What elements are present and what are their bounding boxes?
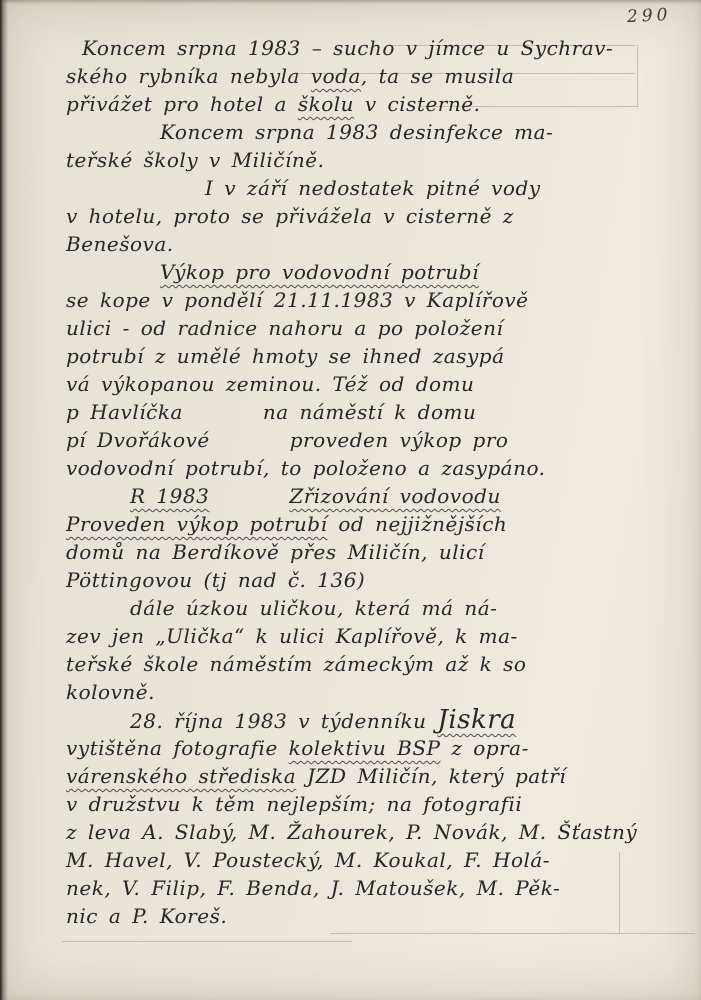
manuscript-line: Proveden výkop potrubí od nejjižnějších — [66, 510, 677, 538]
manuscript-line: várenského střediska JZD Miličín, který … — [66, 762, 677, 790]
manuscript-line: kolovně. — [66, 678, 677, 706]
handwritten-text: v družstvu k těm nejlepším; na fotografi… — [66, 792, 522, 816]
handwritten-text: kolovně. — [66, 680, 155, 704]
scan-artifact-line — [330, 933, 695, 934]
manuscript: Koncem srpna 1983 – sucho v jímce u Sych… — [66, 34, 677, 930]
handwritten-text: teřské škole náměstím zámeckým až k so — [66, 652, 526, 676]
handwritten-text: potrubí z umělé hmoty se ihned zasypá — [66, 344, 505, 368]
handwritten-text: I v září nedostatek pitné vody — [205, 176, 541, 200]
handwritten-text: přivážet pro hotel a — [66, 92, 298, 116]
handwritten-text: v hotelu, proto se přivážela v cisterně … — [66, 204, 514, 228]
manuscript-line: Výkop pro vodovodní potrubí — [160, 258, 677, 286]
scan-edge-shadow-top — [0, 0, 701, 4]
handwritten-text: Koncem srpna 1983 – sucho v jímce u Sych… — [82, 36, 613, 60]
underlined-handwritten-text: kolektivu BSP — [289, 736, 441, 760]
scan-artifact-line — [62, 941, 352, 942]
handwritten-text: teřské školy v Miličíně. — [66, 148, 324, 172]
handwritten-text: 28. října 1983 v týdenníku — [130, 709, 437, 733]
handwritten-text: JZD Miličín, který patří — [296, 764, 566, 788]
manuscript-line: 28. října 1983 v týdenníku Jiskra — [130, 706, 677, 734]
manuscript-line: vodovodní potrubí, to položeno a zasypán… — [66, 454, 677, 482]
handwritten-text: proveden výkop pro — [290, 428, 509, 452]
handwritten-text: vodovodní potrubí, to položeno a zasypán… — [66, 456, 546, 480]
handwritten-text: zev jen „Ulička“ k ulici Kaplířově, k ma… — [66, 624, 518, 648]
manuscript-line: dále úzkou uličkou, která má ná- — [130, 594, 677, 622]
manuscript-line: domů na Berdíkově přes Miličín, ulicí — [66, 538, 677, 566]
manuscript-line: R 1983Zřizování vodovodu — [130, 482, 677, 510]
manuscript-line: teřské škole náměstím zámeckým až k so — [66, 650, 677, 678]
manuscript-line: Koncem srpna 1983 desinfekce ma- — [160, 118, 677, 146]
manuscript-line: zev jen „Ulička“ k ulici Kaplířově, k ma… — [66, 622, 677, 650]
manuscript-line: přivážet pro hotel a školu v cisterně. — [66, 90, 677, 118]
handwritten-text: dále úzkou uličkou, která má ná- — [130, 596, 497, 620]
scan-edge-shadow — [0, 0, 8, 1000]
underlined-handwritten-text: školu — [298, 92, 354, 116]
handwritten-text: ského rybníka nebyla — [66, 64, 311, 88]
underlined-handwritten-text: Proveden výkop potrubí — [66, 512, 328, 536]
manuscript-line: nic a P. Koreš. — [66, 902, 677, 930]
manuscript-line: ského rybníka nebyla voda, ta se musila — [66, 62, 677, 90]
handwritten-text: Benešova. — [66, 232, 174, 256]
underlined-handwritten-text: voda — [311, 64, 361, 88]
page-number: 290 — [626, 5, 671, 27]
manuscript-line: vytištěna fotografie kolektivu BSP z opr… — [66, 734, 677, 762]
manuscript-line: pí Dvořákovéproveden výkop pro — [66, 426, 677, 454]
handwritten-text: vá výkopanou zeminou. Též od domu — [66, 372, 474, 396]
underlined-handwritten-text: várenského střediska — [66, 764, 296, 788]
underlined-handwritten-text: R 1983 — [130, 484, 209, 508]
manuscript-line: se kope v pondělí 21.11.1983 v Kaplířově — [66, 286, 677, 314]
handwritten-text: z leva A. Slabý, M. Žahourek, P. Novák, … — [66, 820, 637, 844]
manuscript-line: z leva A. Slabý, M. Žahourek, P. Novák, … — [66, 818, 677, 846]
handwritten-text: Pöttingovou (tj nad č. 136) — [66, 568, 365, 592]
handwritten-text: M. Havel, V. Poustecký, M. Koukal, F. Ho… — [66, 848, 550, 872]
manuscript-line: M. Havel, V. Poustecký, M. Koukal, F. Ho… — [66, 846, 677, 874]
underlined-handwritten-text: Zřizování vodovodu — [289, 484, 501, 508]
handwritten-text: na náměstí k domu — [263, 400, 477, 424]
handwritten-text: nic a P. Koreš. — [66, 904, 227, 928]
manuscript-line: v družstvu k těm nejlepším; na fotografi… — [66, 790, 677, 818]
handwritten-text: z opra- — [440, 736, 528, 760]
handwritten-text: od nejjižnějších — [328, 512, 508, 536]
manuscript-line: Benešova. — [66, 230, 677, 258]
manuscript-line: Koncem srpna 1983 – sucho v jímce u Sych… — [82, 34, 677, 62]
handwritten-text: pí Dvořákové — [66, 428, 210, 452]
handwritten-text: domů na Berdíkově přes Miličín, ulicí — [66, 540, 485, 564]
handwritten-text: ulici - od radnice nahoru a po položení — [66, 316, 503, 340]
underlined-handwritten-text: Výkop pro vodovodní potrubí — [160, 260, 479, 284]
manuscript-page: 290 Koncem srpna 1983 – sucho v jímce u … — [0, 0, 701, 1000]
handwritten-text: nek, V. Filip, F. Benda, J. Matoušek, M.… — [66, 876, 560, 900]
manuscript-line: nek, V. Filip, F. Benda, J. Matoušek, M.… — [66, 874, 677, 902]
manuscript-line: I v září nedostatek pitné vody — [205, 174, 677, 202]
underlined-handwritten-text: Jiskra — [437, 705, 516, 735]
handwritten-text: v cisterně. — [354, 92, 480, 116]
manuscript-line: v hotelu, proto se přivážela v cisterně … — [66, 202, 677, 230]
handwritten-text: p Havlíčka — [66, 400, 183, 424]
handwritten-text: Koncem srpna 1983 desinfekce ma- — [160, 120, 553, 144]
manuscript-line: Pöttingovou (tj nad č. 136) — [66, 566, 677, 594]
handwritten-text: , ta se musila — [361, 64, 514, 88]
manuscript-line: potrubí z umělé hmoty se ihned zasypá — [66, 342, 677, 370]
handwritten-text: se kope v pondělí 21.11.1983 v Kaplířově — [66, 288, 529, 312]
handwritten-text: vytištěna fotografie — [66, 736, 289, 760]
manuscript-line: p Havlíčkana náměstí k domu — [66, 398, 677, 426]
manuscript-line: vá výkopanou zeminou. Též od domu — [66, 370, 677, 398]
manuscript-line: teřské školy v Miličíně. — [66, 146, 677, 174]
manuscript-line: ulici - od radnice nahoru a po položení — [66, 314, 677, 342]
